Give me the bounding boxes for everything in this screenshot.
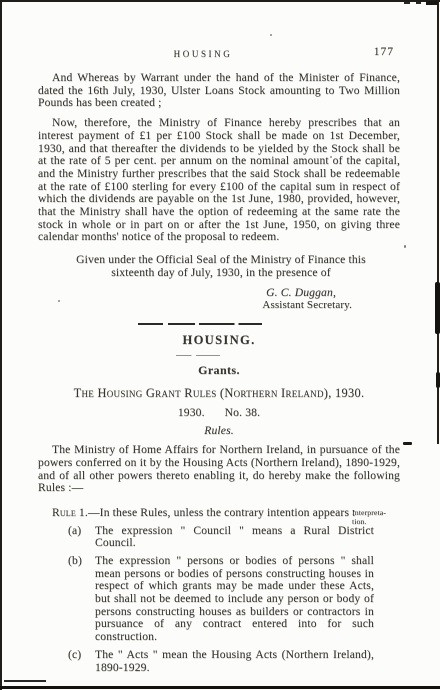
scan-dash-top-right-2 bbox=[416, 2, 421, 4]
doc-type-label: Rules. bbox=[38, 424, 400, 437]
page-number: 177 bbox=[374, 46, 394, 58]
recital-warrant: And Whereas by Warrant under the hand of… bbox=[38, 72, 400, 110]
scan-blotch-right-2 bbox=[436, 372, 440, 388]
scan-speck-right bbox=[403, 442, 412, 445]
scan-rule-bottom-left bbox=[4, 680, 46, 682]
section-heading: HOUSING. bbox=[38, 333, 400, 348]
scan-border-left bbox=[0, 0, 2, 690]
testimonium-clause: Given under the Official Seal of the Min… bbox=[64, 254, 378, 280]
scan-corner-top-right bbox=[426, 1, 438, 5]
rule-1-number: Rule 1. bbox=[52, 506, 88, 519]
rule-1-intro: Rule 1.—In these Rules, unless the contr… bbox=[38, 507, 374, 520]
heading-flourish bbox=[176, 355, 220, 356]
margin-note-interpretation: Interpreta- tion. bbox=[352, 509, 402, 527]
signatory-name: G. C. Duggan, bbox=[38, 286, 400, 299]
scan-dash-top-right-1 bbox=[404, 2, 410, 4]
rule-item-a-label: (a) bbox=[68, 525, 95, 550]
instrument-year: 1930. bbox=[178, 406, 205, 419]
instrument-no: No. 38. bbox=[225, 406, 261, 419]
section-subheading: Grants. bbox=[38, 363, 400, 378]
recital-prescription: Now, therefore, the Ministry of Finance … bbox=[38, 117, 400, 244]
rule-item-c-label: (c) bbox=[68, 649, 95, 674]
rules-preamble: The Ministry of Home Affairs for Norther… bbox=[38, 444, 400, 495]
rule-item-a-text: The expression " Council " means a Rural… bbox=[95, 525, 374, 550]
rule-1: Rule 1.—In these Rules, unless the contr… bbox=[38, 507, 400, 675]
scan-speck-1 bbox=[270, 34, 272, 36]
signatory-role: Assistant Secretary. bbox=[38, 299, 400, 312]
rule-item-b-text: The expression " persons or bodies of pe… bbox=[95, 555, 374, 644]
rule-item-b-label: (b) bbox=[68, 555, 95, 644]
running-header: HOUSING 177 bbox=[38, 46, 400, 62]
rule-1-intro-text: —In these Rules, unless the contrary int… bbox=[88, 506, 356, 519]
rule-item-b: (b) The expression " persons or bodies o… bbox=[68, 555, 374, 644]
running-title: HOUSING bbox=[22, 49, 384, 59]
rule-item-c-text: The " Acts " mean the Housing Acts (Nort… bbox=[95, 649, 374, 674]
scan-speck-4 bbox=[404, 245, 406, 248]
statutory-title: The Housing Grant Rules (Northern Irelan… bbox=[38, 386, 400, 401]
rule-item-c: (c) The " Acts " mean the Housing Acts (… bbox=[68, 649, 374, 674]
scan-blotch-right bbox=[435, 282, 440, 334]
scan-border-top bbox=[0, 0, 440, 2]
section-divider bbox=[138, 323, 262, 325]
scan-border-bottom bbox=[0, 686, 440, 689]
rule-item-a: (a) The expression " Council " means a R… bbox=[68, 525, 374, 550]
document-page: HOUSING 177 And Whereas by Warrant under… bbox=[38, 46, 400, 674]
instrument-number: 1930. No. 38. bbox=[38, 406, 400, 419]
signature-block: G. C. Duggan, Assistant Secretary. bbox=[38, 286, 400, 312]
